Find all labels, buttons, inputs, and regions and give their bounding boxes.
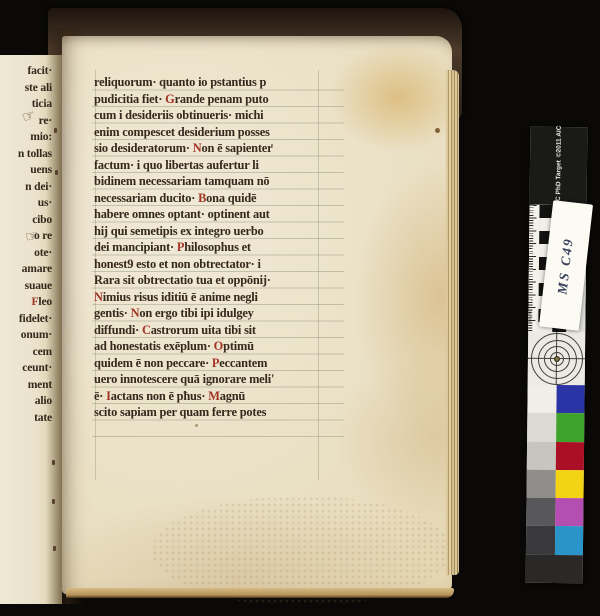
- gray-patch: [526, 498, 555, 527]
- patch-row: [527, 385, 584, 414]
- manuscript-line: fidelet·: [0, 311, 52, 328]
- manicule-icon: ☞: [24, 226, 40, 246]
- color-patch: [556, 413, 584, 442]
- target-header-text: AIC PhD Target ©2011 AIC: [555, 125, 563, 207]
- manuscript-line: scito sapiam per quam ferre potes: [94, 404, 354, 421]
- manuscript-line: uero innotescere quā ignorare meli': [94, 371, 354, 388]
- manuscript-line: facit·: [0, 63, 52, 80]
- sewing-stitch: [54, 128, 57, 133]
- manuscript-line: ste ali: [0, 80, 52, 97]
- manuscript-line: ote·: [0, 245, 52, 262]
- color-patch: [555, 526, 583, 555]
- patch-row: [527, 413, 584, 442]
- patch-row: [526, 498, 583, 527]
- manuscript-page: reliquorum· quanto io pstantius ppudicit…: [62, 36, 452, 594]
- gray-patch: [527, 413, 556, 442]
- page-bottom-edge: [66, 588, 454, 598]
- manuscript-line: cibo: [0, 212, 52, 229]
- manuscript-line: pudicitia fiet· Grande penam puto: [94, 91, 354, 108]
- manuscript-line: reliquorum· quanto io pstantius p: [94, 74, 354, 91]
- sewing-stitch: [52, 460, 55, 465]
- manuscript-line: n tollas: [0, 146, 52, 163]
- manuscript-line: bidinem necessariam tamquam nō: [94, 173, 354, 190]
- color-target: AIC PhD Target ©2011 AIC Metric: [526, 127, 588, 584]
- text-block: reliquorum· quanto io pstantius ppudicit…: [94, 74, 354, 421]
- manuscript-line: tate: [0, 410, 52, 427]
- manuscript-line: Fleo: [0, 294, 52, 311]
- manuscript-line: Rara sit obtrectatio tua et oppōnij·: [94, 272, 354, 289]
- manuscript-line: diffundi· Castrorum uita tibi sit: [94, 322, 354, 339]
- color-patches: [526, 385, 585, 556]
- manuscript-line: ad honestatis exēplum· Optimū: [94, 338, 354, 355]
- sewing-stitch: [52, 499, 55, 504]
- manuscript-line: enim compescet desiderium posses: [94, 124, 354, 141]
- color-patch: [556, 385, 584, 414]
- manuscript-line: factum· i quo libertas aufertur li: [94, 157, 354, 174]
- manuscript-line: cum i desideriis obtinueris· michi: [94, 107, 354, 124]
- manuscript-line: amare: [0, 261, 52, 278]
- manuscript-line: quidem ē non peccare· Peccantem: [94, 355, 354, 372]
- sewing-stitch: [53, 546, 56, 551]
- manuscript-line: hij qui semetipis ex integro uerbo: [94, 223, 354, 240]
- manuscript-line: dei mancipiant· Philosophus et: [94, 239, 354, 256]
- patch-row: [527, 470, 584, 499]
- manuscript-line: gentis· Non ergo tibi ipi idulgey: [94, 305, 354, 322]
- manuscript-line: honest9 esto et non obtrectator· i: [94, 256, 354, 273]
- manuscript-line: Nimius risus iditiū ē anime negli: [94, 289, 354, 306]
- manuscript-line: alio: [0, 393, 52, 410]
- patch-row: [526, 526, 583, 555]
- manuscript-line: ment: [0, 377, 52, 394]
- shelfmark-text: MS C49: [555, 236, 577, 295]
- ruler-label: Metric: [527, 309, 532, 321]
- registration-circles: [528, 332, 586, 386]
- gray-patch: [527, 441, 556, 470]
- color-patch: [556, 470, 584, 499]
- manuscript-line: ē· Iactans non ē pħus· Magnū: [94, 388, 354, 405]
- manuscript-line: ceunt·: [0, 360, 52, 377]
- gray-patch: [527, 385, 556, 414]
- manuscript-line: onum·: [0, 327, 52, 344]
- color-patch: [555, 498, 583, 527]
- target-copyright: ©2011 AIC: [555, 125, 562, 157]
- manuscript-line: uens: [0, 162, 52, 179]
- page-edges: [446, 70, 459, 575]
- manuscript-line: cem: [0, 344, 52, 361]
- target-header: AIC PhD Target ©2011 AIC: [530, 127, 588, 206]
- manuscript-line: habere omnes optant· optinent aut: [94, 206, 354, 223]
- manuscript-line: mio:: [0, 129, 52, 146]
- gray-patch: [526, 526, 555, 555]
- patch-row: [527, 441, 584, 470]
- black-patch: [526, 555, 583, 584]
- color-patch: [556, 442, 584, 471]
- gray-patch: [527, 470, 556, 499]
- sewing-stitch: [55, 170, 58, 175]
- stain-speck: [435, 128, 440, 133]
- manuscript-line: sio desideratorum· Non ē sapienter: [94, 140, 354, 157]
- manuscript-line: necessariam ducito· Bona quidē: [94, 190, 354, 207]
- manuscript-line: n dei·: [0, 179, 52, 196]
- manuscript-line: us·: [0, 195, 52, 212]
- center-dot: [553, 355, 559, 361]
- manuscript-line: suaue: [0, 278, 52, 295]
- manuscript-photograph: facit·ste aliticiare·mio:n tollasuensn d…: [0, 0, 600, 616]
